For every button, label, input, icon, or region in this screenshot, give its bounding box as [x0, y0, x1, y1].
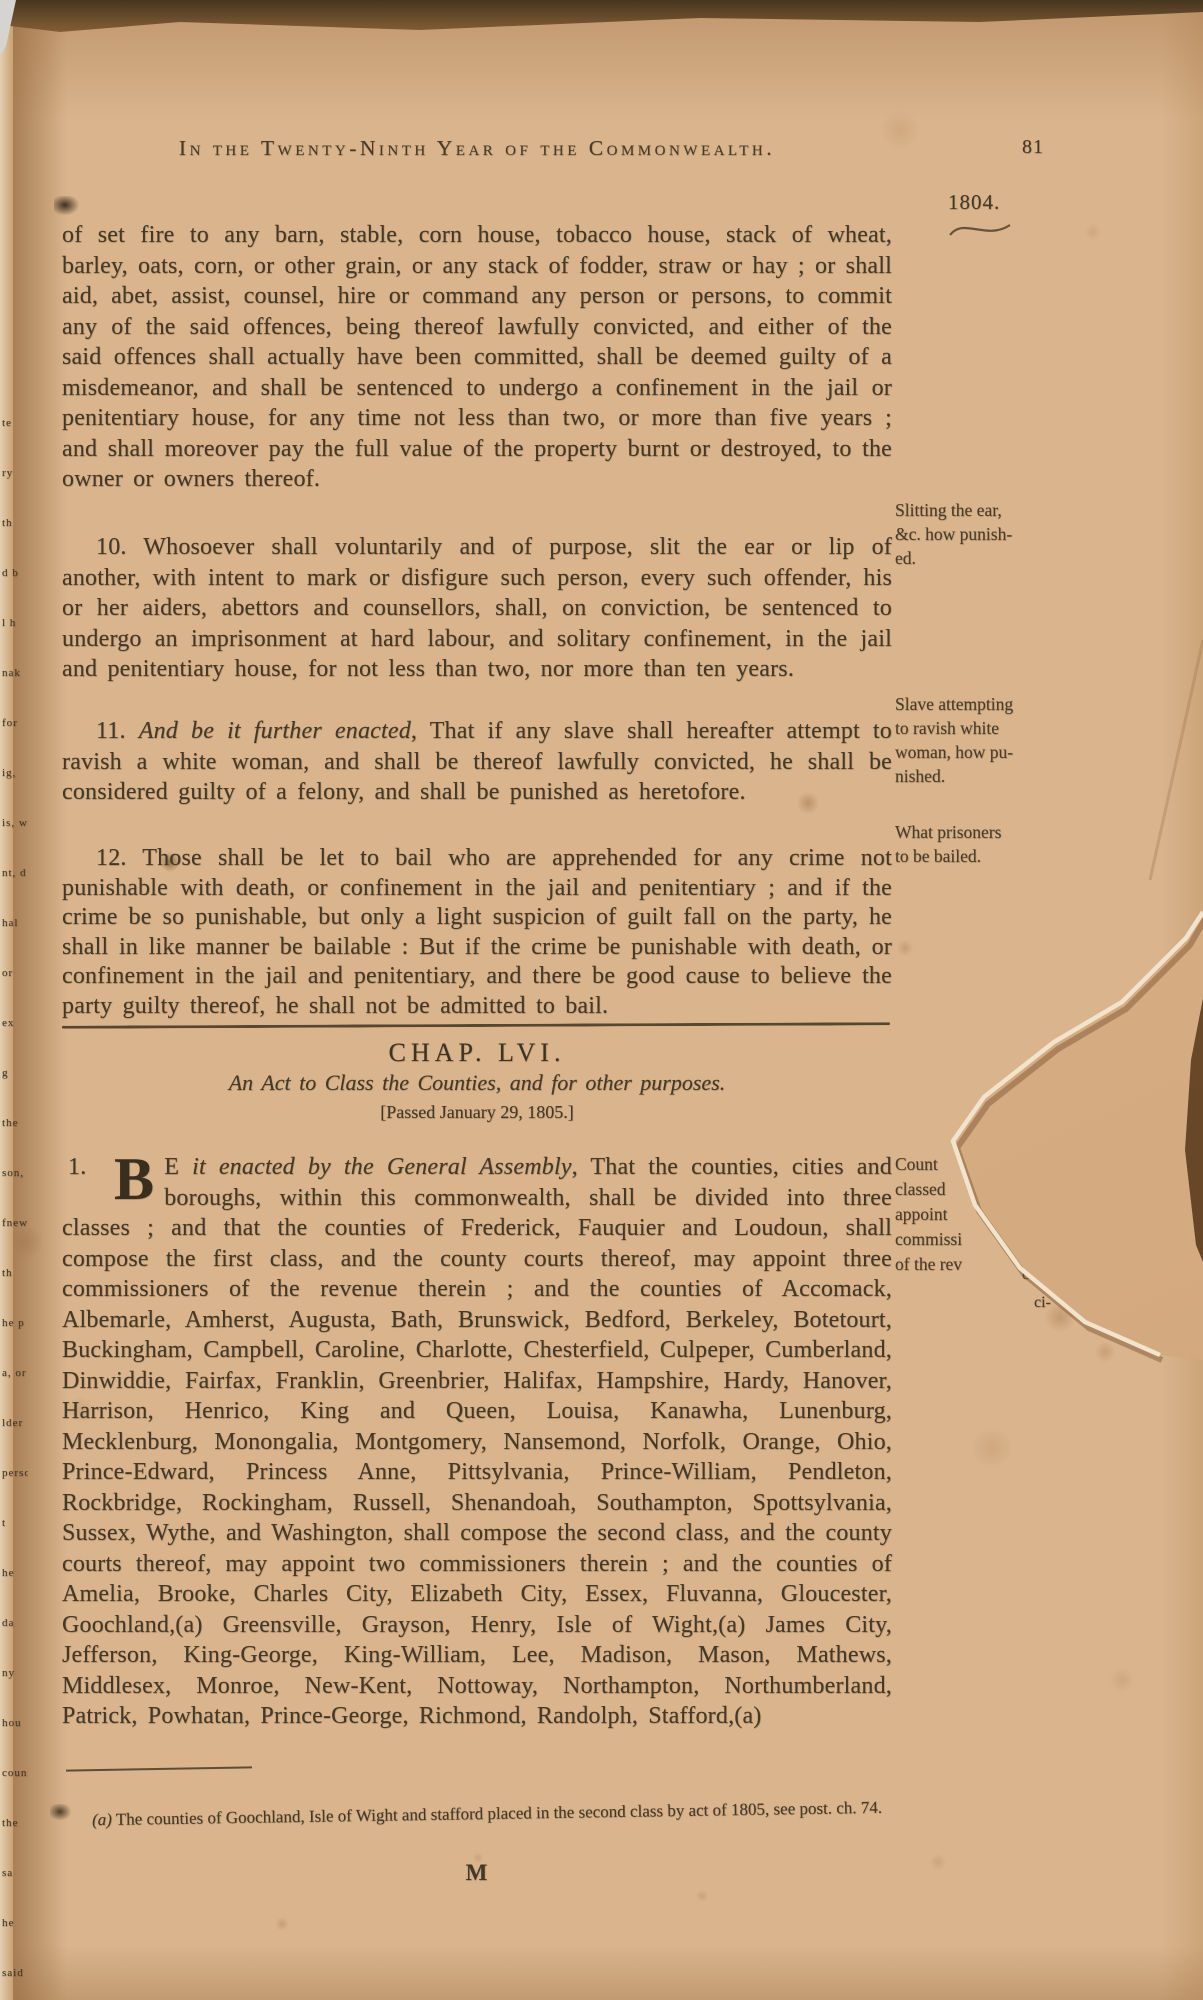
- paragraph-section-10: 10. Whosoever shall voluntarily and of p…: [62, 532, 892, 685]
- section-number: 12.: [96, 845, 127, 871]
- paragraph-section-11: 11. And be it further enacted, That if a…: [62, 716, 892, 808]
- year-flourish-mark: [946, 222, 1016, 242]
- margin-note-slave-attempt: Slave attempting to ravish white woman, …: [895, 692, 1195, 788]
- margin-year-label: 1804.: [948, 190, 1000, 215]
- signature-mark: M: [62, 1860, 892, 1886]
- torn-text-fragment: ci-: [1034, 1294, 1051, 1312]
- running-head: In the Twenty-Ninth Year of the Commonwe…: [62, 136, 892, 161]
- lead-capital: E: [164, 1154, 179, 1180]
- paragraph-section-1: 1.BE it enacted by the General Assembly,…: [62, 1152, 892, 1732]
- margin-note-prisoners-bail: What prisoners to be bailed.: [895, 820, 1195, 868]
- paragraph-section-12: 12. Those shall be let to bail who are a…: [62, 844, 892, 1021]
- book-page-scan: te ry th d b l h nak for ig, is, w nt, d…: [0, 0, 1203, 2000]
- paragraph-continuation: of set fire to any barn, stable, corn ho…: [62, 220, 892, 495]
- section-text: Those shall be let to bail who are appre…: [62, 845, 892, 1019]
- drop-cap: B: [114, 1152, 164, 1204]
- footnote-marker: (a): [92, 1810, 112, 1829]
- chapter-heading: CHAP. LVI.: [62, 1038, 892, 1068]
- enacting-clause-italic: And be it further enacted: [139, 718, 411, 744]
- section-text: , That the counties, cities and boroughs…: [62, 1154, 892, 1729]
- section-number: 1.: [62, 1152, 114, 1182]
- section-number: 10.: [96, 534, 127, 560]
- facing-page-text-fragments: te ry th d b l h nak for ig, is, w nt, d…: [2, 398, 28, 1988]
- section-text: Whosoever shall voluntarily and of purpo…: [62, 534, 892, 682]
- page-number: 81: [1022, 136, 1044, 159]
- passed-date-line: [Passed January 29, 1805.]: [62, 1102, 892, 1123]
- act-title: An Act to Class the Counties, and for ot…: [62, 1070, 892, 1096]
- enacting-clause-italic: it enacted by the General Assembly: [179, 1154, 572, 1180]
- margin-note-slitting-ear: Slitting the ear, &c. how punish- ed.: [895, 498, 1195, 570]
- section-number: 11.: [96, 718, 126, 744]
